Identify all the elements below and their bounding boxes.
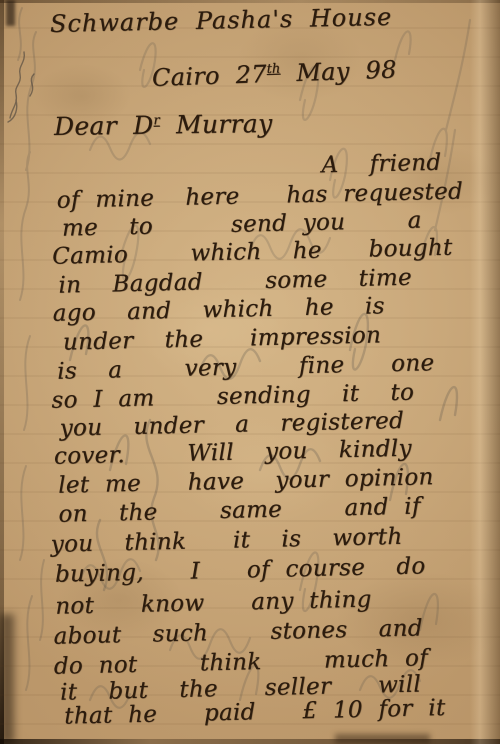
letter-page: Schwarbe Pasha's House Cairo 27th May 98… <box>0 0 500 744</box>
letter-line: A friend <box>321 150 442 179</box>
letter-line: about such stones and <box>53 615 423 649</box>
letter-line: not know any thing <box>55 587 372 620</box>
letter-line: on the same and if <box>58 493 421 527</box>
letter-line: ago and which he is <box>52 293 385 327</box>
letter-body: A friend of mine here has requested me t… <box>0 0 500 744</box>
letter-line: cover. Will you kindly <box>54 436 412 470</box>
letter-line: under the impression <box>63 322 382 355</box>
letter-line: you think it is worth <box>50 524 402 558</box>
letter-line: buying, I of course do <box>55 553 426 587</box>
